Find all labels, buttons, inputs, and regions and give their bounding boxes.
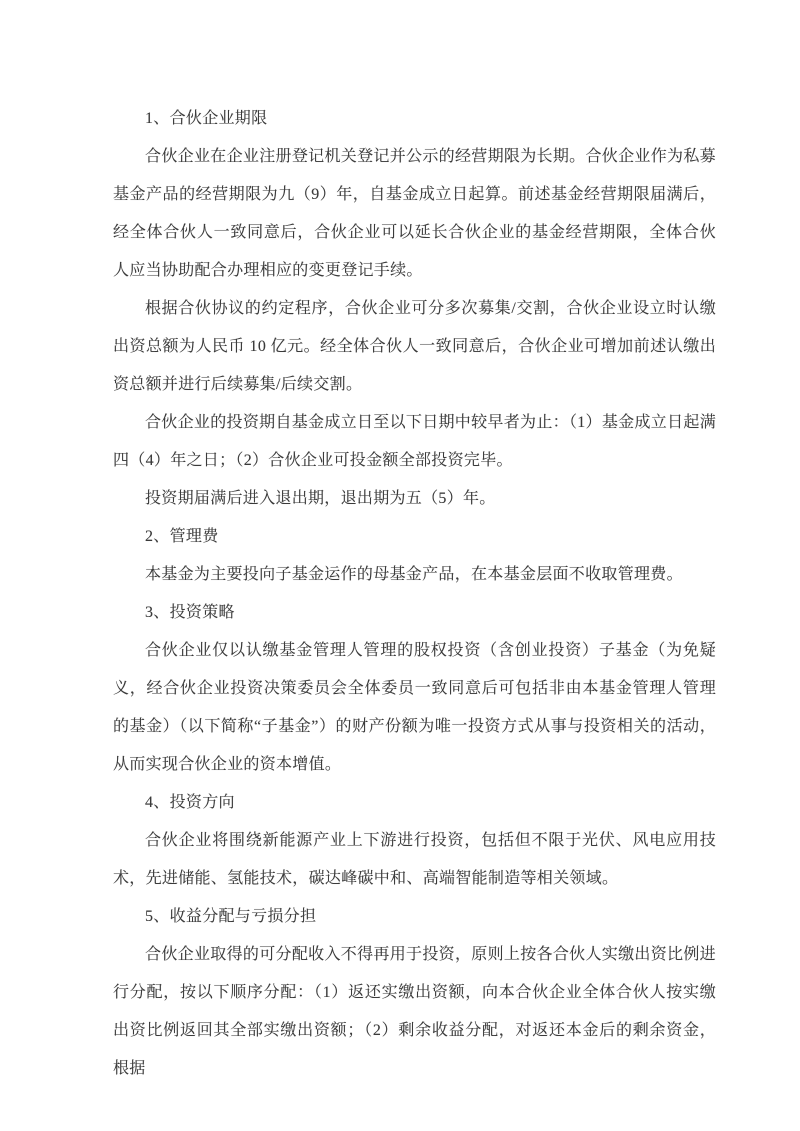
paragraph-exit-period: 投资期届满后进入退出期，退出期为五（5）年。 — [113, 480, 716, 518]
section-heading-1: 1、合伙企业期限 — [113, 100, 716, 138]
section-heading-2: 2、管理费 — [113, 518, 716, 556]
paragraph-profit-distribution: 合伙企业取得的可分配收入不得再用于投资，原则上按各合伙人实缴出资比例进行分配，按… — [113, 936, 716, 1088]
paragraph-management-fee: 本基金为主要投向子基金运作的母基金产品，在本基金层面不收取管理费。 — [113, 556, 716, 594]
section-heading-3: 3、投资策略 — [113, 594, 716, 632]
paragraph-investment-period: 合伙企业的投资期自基金成立日至以下日期中较早者为止：（1）基金成立日起满四（4）… — [113, 404, 716, 480]
section-heading-5: 5、收益分配与亏损分担 — [113, 898, 716, 936]
paragraph-investment-strategy: 合伙企业仅以认缴基金管理人管理的股权投资（含创业投资）子基金（为免疑义，经合伙企… — [113, 632, 716, 784]
paragraph-fundraising-closings: 根据合伙协议的约定程序，合伙企业可分多次募集/交割，合伙企业设立时认缴出资总额为… — [113, 290, 716, 404]
paragraph-partnership-term: 合伙企业在企业注册登记机关登记并公示的经营期限为长期。合伙企业作为私募基金产品的… — [113, 138, 716, 290]
document-page: 1、合伙企业期限 合伙企业在企业注册登记机关登记并公示的经营期限为长期。合伙企业… — [0, 0, 800, 1131]
paragraph-investment-direction: 合伙企业将围绕新能源产业上下游进行投资，包括但不限于光伏、风电应用技术，先进储能… — [113, 822, 716, 898]
text-block: 1、合伙企业期限 合伙企业在企业注册登记机关登记并公示的经营期限为长期。合伙企业… — [113, 100, 716, 1088]
section-heading-4: 4、投资方向 — [113, 784, 716, 822]
